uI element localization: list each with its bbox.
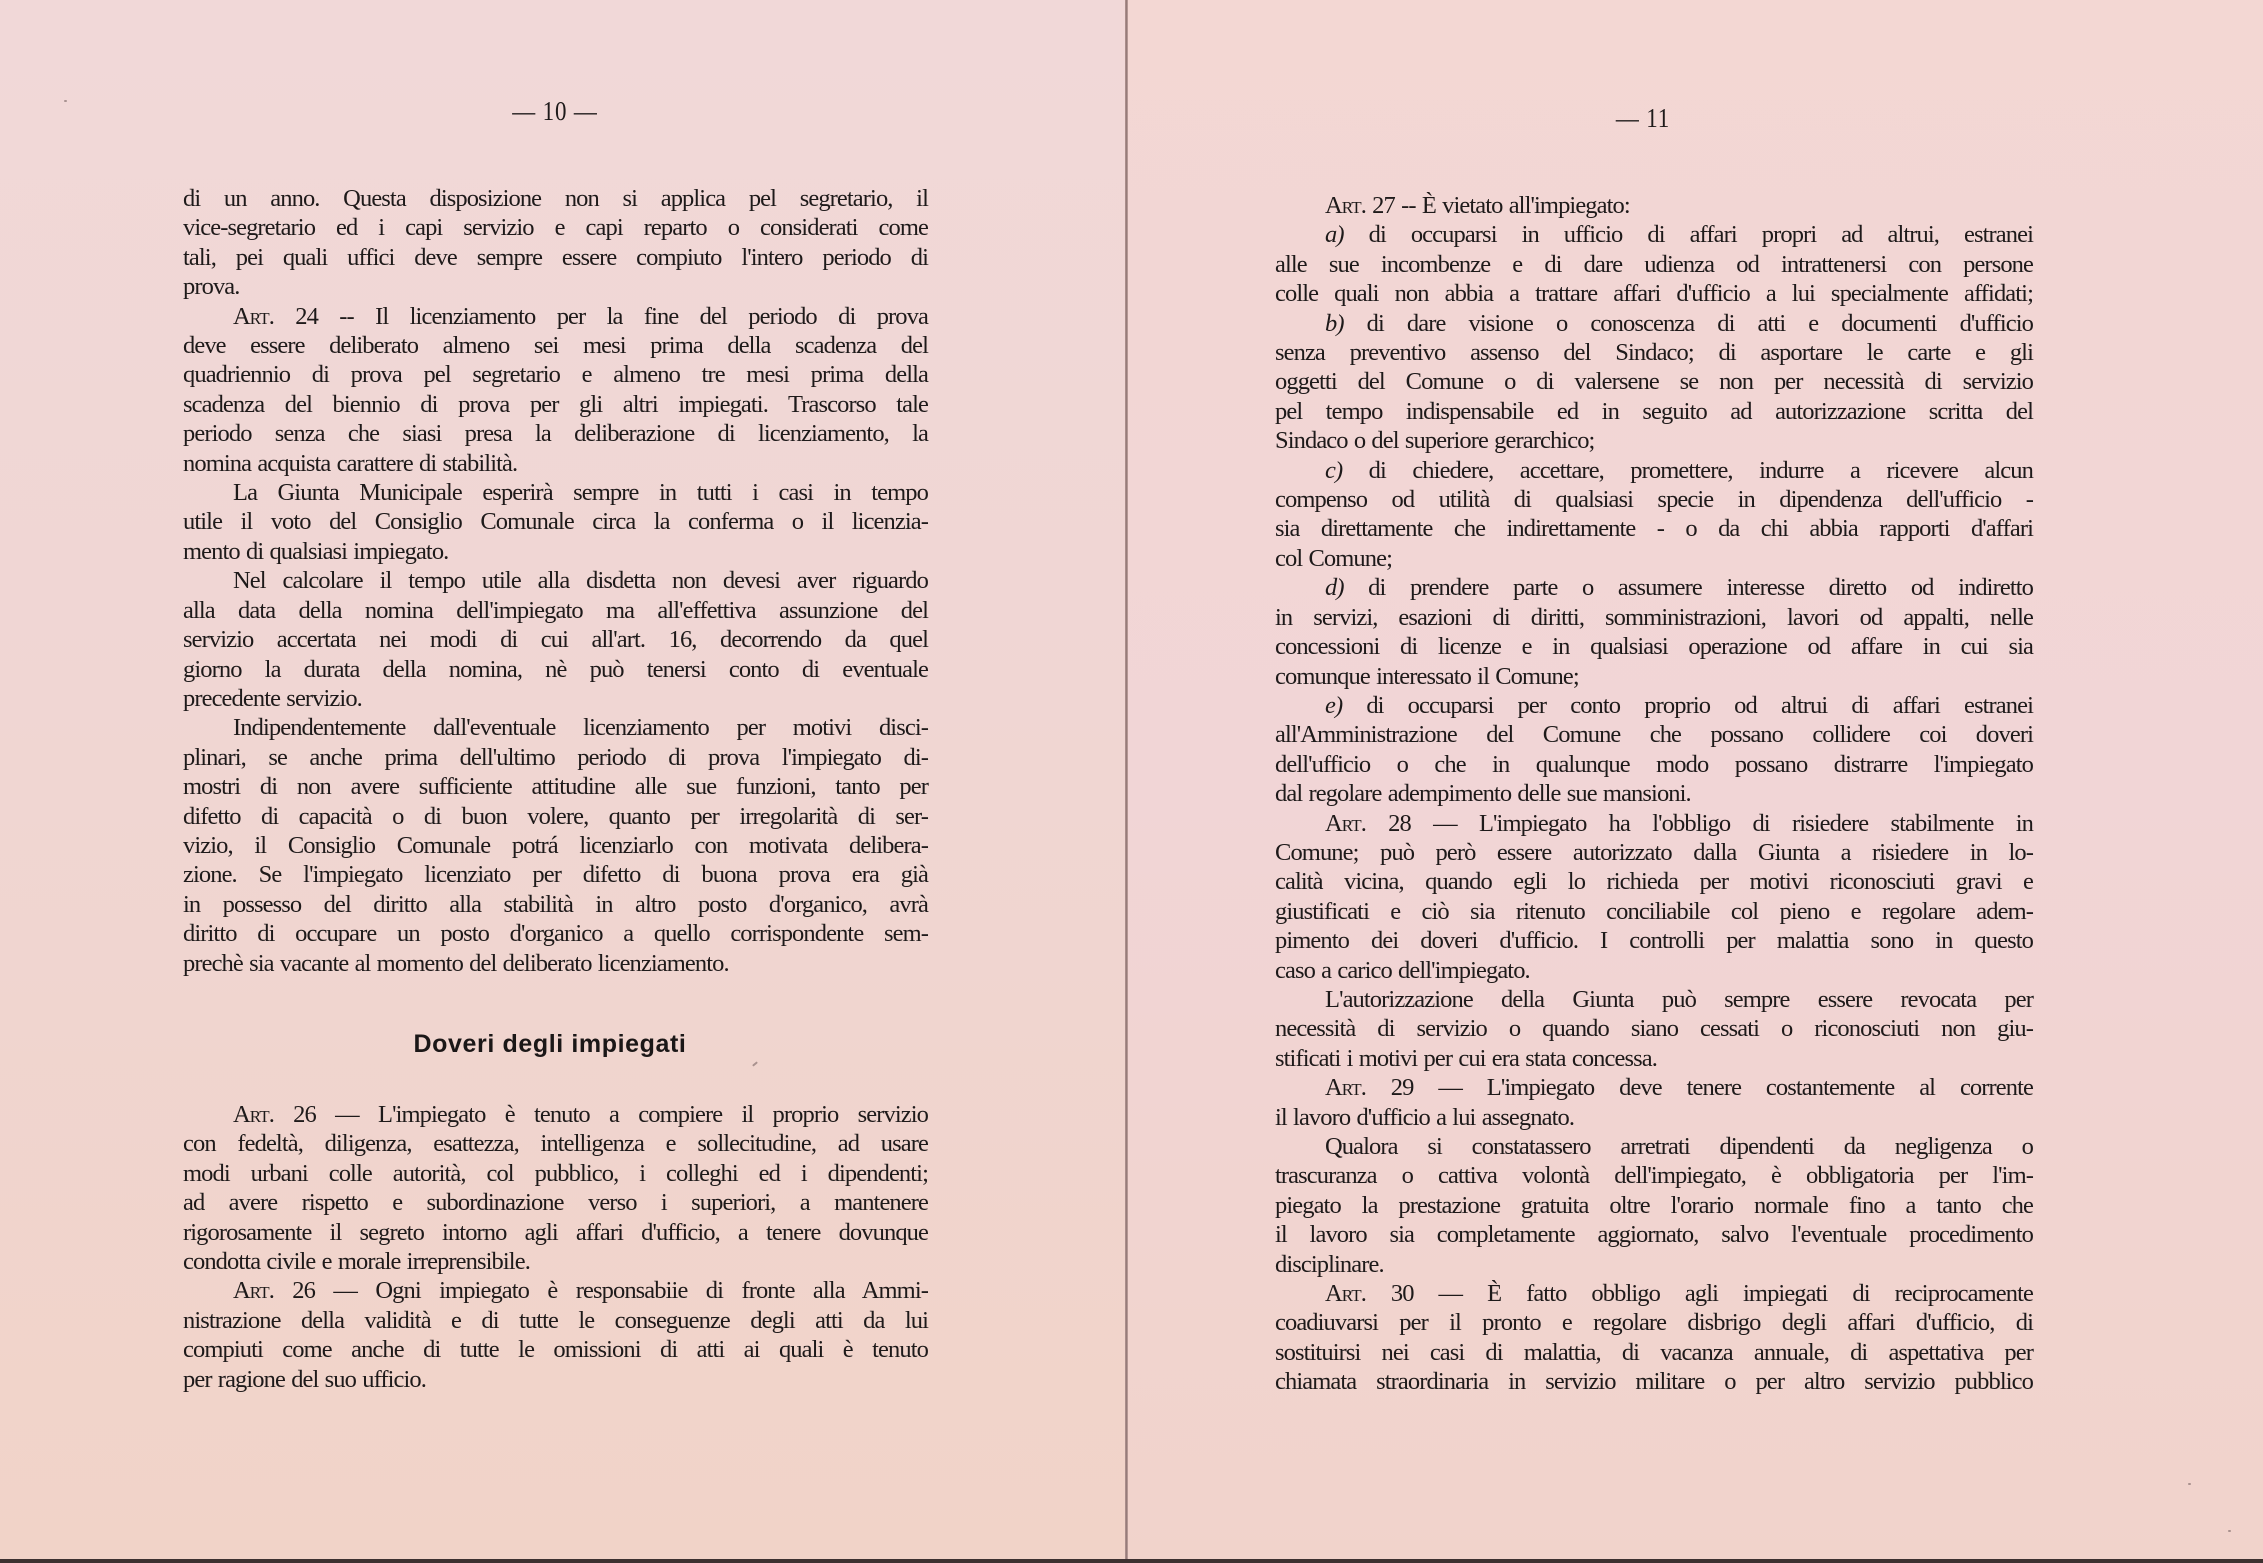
text-line: senza preventivo assenso del Sindaco; di… (1275, 338, 2033, 367)
line-text: alle sue incombenze e di dare udienza od… (1275, 251, 2033, 278)
line-text: chiamata straordinaria in servizio milit… (1275, 1368, 2033, 1395)
text-line: servizio accertata nei modi di cui all'a… (183, 625, 928, 654)
article-label: Art. (1325, 810, 1366, 837)
text-line: coadiuvarsi per il pronto e regolare dis… (1275, 1308, 2033, 1337)
line-text: in servizi, esazioni di diritti, sommini… (1275, 604, 2033, 631)
line-text: disciplinare. (1275, 1251, 1384, 1278)
text-line: d) di prendere parte o assumere interess… (1275, 573, 2033, 602)
page-number: — 10 — (491, 96, 619, 127)
line-text: mostri di non avere sufficiente attitudi… (183, 773, 928, 800)
article-label: Art. (233, 1277, 274, 1304)
line-text: 26 — Ogni impiegato è responsabiie di fr… (274, 1277, 928, 1304)
line-text: nomina acquista carattere di stabilità. (183, 450, 517, 477)
text-line: sia direttamente che indirettamente - o … (1275, 514, 2033, 543)
line-text: di chiedere, accettare, promettere, indu… (1342, 457, 2033, 484)
line-text: colle quali non abbia a trattare affari … (1275, 280, 2033, 307)
text-line: vizio, il Consiglio Comunale potrá licen… (183, 831, 928, 860)
text-line: L'autorizzazione della Giunta può sempre… (1275, 985, 2033, 1014)
text-line: difetto di capacità o di buon volere, qu… (183, 802, 928, 831)
line-text: 29 — L'impiegato deve tenere costantemen… (1366, 1074, 2033, 1101)
text-line: alla data della nomina dell'impiegato ma… (183, 596, 928, 625)
text-line: con fedeltà, diligenza, esattezza, intel… (183, 1129, 928, 1158)
article-label: Art. (1325, 1280, 1366, 1307)
text-line: Qualora si constatassero arretrati dipen… (1275, 1132, 2033, 1161)
text-line: zione. Se l'impiegato licenziato per dif… (183, 860, 928, 889)
line-text: scadenza del biennio di prova per gli al… (183, 391, 928, 418)
line-text: oggetti del Comune o di valersene se non… (1275, 368, 2033, 395)
text-line: precedente servizio. (183, 684, 928, 713)
line-text: all'Amministrazione del Comune che possa… (1275, 721, 2033, 748)
line-text: col Comune; (1275, 545, 1392, 572)
line-text: ad avere rispetto e subordinazione verso… (183, 1189, 928, 1216)
line-text: il lavoro sia completamente aggiornato, … (1275, 1221, 2033, 1248)
text-line: concessioni di licenze e in qualsiasi op… (1275, 632, 2033, 661)
line-text: diritto di occupare un posto d'organico … (183, 920, 928, 947)
text-line: utile il voto del Consiglio Comunale cir… (183, 507, 928, 536)
line-text: pel tempo indispensabile ed in seguito a… (1275, 398, 2033, 425)
text-line: giustificati e ciò sia ritenuto concilia… (1275, 897, 2033, 926)
line-text: zione. Se l'impiegato licenziato per dif… (183, 861, 928, 888)
paper-speck (2228, 1530, 2231, 1532)
section-heading: Doveri degli impiegati (405, 1030, 695, 1059)
text-line: Art. 27 -- È vietato all'impiegato: (1275, 191, 2033, 220)
line-text: periodo senza che siasi presa la deliber… (183, 420, 928, 447)
text-line: Indipendentemente dall'eventuale licenzi… (183, 713, 928, 742)
line-text: giustificati e ciò sia ritenuto concilia… (1275, 898, 2033, 925)
line-text: Indipendentemente dall'eventuale licenzi… (233, 714, 928, 741)
line-text: in possesso del diritto alla stabilità i… (183, 891, 928, 918)
line-text: La Giunta Municipale esperirà sempre in … (233, 479, 928, 506)
line-text: di prendere parte o assumere interesse d… (1344, 574, 2033, 601)
text-line: condotta civile e morale irreprensibile. (183, 1247, 928, 1276)
text-line: modi urbani colle autorità, col pubblico… (183, 1159, 928, 1188)
line-text: vizio, il Consiglio Comunale potrá licen… (183, 832, 928, 859)
line-text: sostituirsi nei casi di malattia, di vac… (1275, 1339, 2033, 1366)
text-line: il lavoro d'ufficio a lui assegnato. (1275, 1103, 2033, 1132)
line-text: plinari, se anche prima dell'ultimo peri… (183, 744, 928, 771)
paper-speck (64, 100, 67, 102)
line-text: 28 — L'impiegato ha l'obbligo di risiede… (1366, 810, 2033, 837)
line-text: compiuti come anche di tutte le omission… (183, 1336, 928, 1363)
text-line: piegato la prestazione gratuita oltre l'… (1275, 1191, 2033, 1220)
text-line: Comune; può però essere autorizzato dall… (1275, 838, 2033, 867)
line-text: precedente servizio. (183, 685, 362, 712)
text-line: oggetti del Comune o di valersene se non… (1275, 367, 2033, 396)
text-line: col Comune; (1275, 544, 2033, 573)
text-line: per ragione del suo ufficio. (183, 1365, 928, 1394)
text-line: calità vicina, quando egli lo richieda p… (1275, 867, 2033, 896)
text-line: tali, pei quali uffici deve sempre esser… (183, 243, 928, 272)
article-label: Art. (233, 303, 274, 330)
text-line: Nel calcolare il tempo utile alla disdet… (183, 566, 928, 595)
text-line: plinari, se anche prima dell'ultimo peri… (183, 743, 928, 772)
book-spread: — 10 — di un anno. Questa disposizione n… (0, 0, 2263, 1563)
text-line: caso a carico dell'impiegato. (1275, 956, 2033, 985)
left-page: — 10 — di un anno. Questa disposizione n… (0, 0, 1126, 1563)
line-text: coadiuvarsi per il pronto e regolare dis… (1275, 1309, 2033, 1336)
line-text: senza preventivo assenso del Sindaco; di… (1275, 339, 2033, 366)
text-line: Art. 28 — L'impiegato ha l'obbligo di ri… (1275, 809, 2033, 838)
body-text-top: di un anno. Questa disposizione non si a… (183, 184, 928, 978)
text-line: c) di chiedere, accettare, promettere, i… (1275, 456, 2033, 485)
line-text: dal regolare adempimento delle sue mansi… (1275, 780, 1691, 807)
text-line: Art. 26 — L'impiegato è tenuto a compier… (183, 1100, 928, 1129)
line-text: condotta civile e morale irreprensibile. (183, 1248, 530, 1275)
line-text: concessioni di licenze e in qualsiasi op… (1275, 633, 2033, 660)
line-text: caso a carico dell'impiegato. (1275, 957, 1530, 984)
line-text: di occuparsi per conto proprio od altrui… (1342, 692, 2033, 719)
item-label: a) (1325, 221, 1344, 248)
line-text: deve essere deliberato almeno sei mesi p… (183, 332, 928, 359)
text-line: pimento dei doveri d'ufficio. I controll… (1275, 926, 2033, 955)
text-line: prechè sia vacante al momento del delibe… (183, 949, 928, 978)
paper-speck (752, 1061, 758, 1066)
line-text: 26 — L'impiegato è tenuto a compiere il … (274, 1101, 928, 1128)
line-text: mento di qualsiasi impiegato. (183, 538, 448, 565)
line-text: per ragione del suo ufficio. (183, 1366, 426, 1393)
line-text: 27 -- È vietato all'impiegato: (1366, 192, 1630, 219)
text-line: compenso od utilità di qualsiasi specie … (1275, 485, 2033, 514)
article-label: Art. (1325, 192, 1366, 219)
text-line: prova. (183, 272, 928, 301)
line-text: sia direttamente che indirettamente - o … (1275, 515, 2033, 542)
line-text: prova. (183, 273, 240, 300)
line-text: rigorosamente il segreto intorno agli af… (183, 1219, 928, 1246)
line-text: di occuparsi in ufficio di affari propri… (1344, 221, 2033, 248)
line-text: prechè sia vacante al momento del delibe… (183, 950, 729, 977)
text-line: Art. 30 — È fatto obbligo agli impiegati… (1275, 1279, 2033, 1308)
text-line: ad avere rispetto e subordinazione verso… (183, 1188, 928, 1217)
text-line: in possesso del diritto alla stabilità i… (183, 890, 928, 919)
right-page: — 11 Art. 27 -- È vietato all'impiegato:… (1128, 0, 2263, 1563)
line-text: compenso od utilità di qualsiasi specie … (1275, 486, 2033, 513)
text-line: nistrazione della validità e di tutte le… (183, 1306, 928, 1335)
line-text: 30 — È fatto obbligo agli impiegati di r… (1366, 1280, 2033, 1307)
item-label: b) (1325, 310, 1344, 337)
text-line: diritto di occupare un posto d'organico … (183, 919, 928, 948)
item-label: e) (1325, 692, 1342, 719)
text-line: a) di occuparsi in ufficio di affari pro… (1275, 220, 2033, 249)
line-text: L'autorizzazione della Giunta può sempre… (1325, 986, 2033, 1013)
line-text: dell'ufficio o che in qualunque modo pos… (1275, 751, 2033, 778)
text-line: il lavoro sia completamente aggiornato, … (1275, 1220, 2033, 1249)
text-line: Art. 29 — L'impiegato deve tenere costan… (1275, 1073, 2033, 1102)
text-line: stificati i motivi per cui era stata con… (1275, 1044, 2033, 1073)
text-line: mostri di non avere sufficiente attitudi… (183, 772, 928, 801)
line-text: 24 -- Il licenziamento per la fine del p… (274, 303, 928, 330)
paper-speck (2188, 1483, 2191, 1485)
page-bottom-edge (0, 1559, 2263, 1563)
text-line: Art. 26 — Ogni impiegato è responsabiie … (183, 1276, 928, 1305)
line-text: alla data della nomina dell'impiegato ma… (183, 597, 928, 624)
line-text: stificati i motivi per cui era stata con… (1275, 1045, 1657, 1072)
line-text: difetto di capacità o di buon volere, qu… (183, 803, 928, 830)
text-line: disciplinare. (1275, 1250, 2033, 1279)
text-line: dal regolare adempimento delle sue mansi… (1275, 779, 2033, 808)
article-label: Art. (233, 1101, 274, 1128)
line-text: il lavoro d'ufficio a lui assegnato. (1275, 1104, 1574, 1131)
text-line: colle quali non abbia a trattare affari … (1275, 279, 2033, 308)
text-line: sostituirsi nei casi di malattia, di vac… (1275, 1338, 2033, 1367)
line-text: comunque interessato il Comune; (1275, 663, 1579, 690)
text-line: periodo senza che siasi presa la deliber… (183, 419, 928, 448)
article-label: Art. (1325, 1074, 1366, 1101)
line-text: trascuranza o cattiva volontà dell'impie… (1275, 1162, 2033, 1189)
text-line: necessità di servizio o quando siano ces… (1275, 1014, 2033, 1043)
line-text: calità vicina, quando egli lo richieda p… (1275, 868, 2033, 895)
text-line: deve essere deliberato almeno sei mesi p… (183, 331, 928, 360)
item-label: c) (1325, 457, 1342, 484)
item-label: d) (1325, 574, 1344, 601)
text-line: vice-segretario ed i capi servizio e cap… (183, 213, 928, 242)
text-line: Art. 24 -- Il licenziamento per la fine … (183, 302, 928, 331)
line-text: di un anno. Questa disposizione non si a… (183, 185, 928, 212)
text-line: mento di qualsiasi impiegato. (183, 537, 928, 566)
text-line: compiuti come anche di tutte le omission… (183, 1335, 928, 1364)
line-text: Nel calcolare il tempo utile alla disdet… (233, 567, 928, 594)
text-line: dell'ufficio o che in qualunque modo pos… (1275, 750, 2033, 779)
text-line: La Giunta Municipale esperirà sempre in … (183, 478, 928, 507)
line-text: con fedeltà, diligenza, esattezza, intel… (183, 1130, 928, 1157)
text-line: trascuranza o cattiva volontà dell'impie… (1275, 1161, 2033, 1190)
text-line: e) di occuparsi per conto proprio od alt… (1275, 691, 2033, 720)
text-line: rigorosamente il segreto intorno agli af… (183, 1218, 928, 1247)
line-text: di dare visione o conoscenza di atti e d… (1344, 310, 2033, 337)
line-text: Comune; può però essere autorizzato dall… (1275, 839, 2033, 866)
line-text: tali, pei quali uffici deve sempre esser… (183, 244, 928, 271)
text-line: Sindaco o del superiore gerarchico; (1275, 426, 2033, 455)
line-text: servizio accertata nei modi di cui all'a… (183, 626, 928, 653)
text-line: chiamata straordinaria in servizio milit… (1275, 1367, 2033, 1396)
line-text: utile il voto del Consiglio Comunale cir… (183, 508, 928, 535)
text-line: di un anno. Questa disposizione non si a… (183, 184, 928, 213)
line-text: Sindaco o del superiore gerarchico; (1275, 427, 1594, 454)
line-text: nistrazione della validità e di tutte le… (183, 1307, 928, 1334)
line-text: quadriennio di prova pel segretario e al… (183, 361, 928, 388)
line-text: piegato la prestazione gratuita oltre l'… (1275, 1192, 2033, 1219)
line-text: vice-segretario ed i capi servizio e cap… (183, 214, 928, 241)
body-text: Art. 27 -- È vietato all'impiegato:a) di… (1275, 191, 2033, 1397)
page-number: — 11 (1601, 103, 1686, 134)
text-line: giorno la durata della nomina, nè può te… (183, 655, 928, 684)
text-line: all'Amministrazione del Comune che possa… (1275, 720, 2033, 749)
body-text-bottom: Art. 26 — L'impiegato è tenuto a compier… (183, 1100, 928, 1394)
text-line: quadriennio di prova pel segretario e al… (183, 360, 928, 389)
text-line: scadenza del biennio di prova per gli al… (183, 390, 928, 419)
line-text: pimento dei doveri d'ufficio. I controll… (1275, 927, 2033, 954)
line-text: modi urbani colle autorità, col pubblico… (183, 1160, 928, 1187)
text-line: comunque interessato il Comune; (1275, 662, 2033, 691)
line-text: Qualora si constatassero arretrati dipen… (1325, 1133, 2033, 1160)
text-line: nomina acquista carattere di stabilità. (183, 449, 928, 478)
text-line: alle sue incombenze e di dare udienza od… (1275, 250, 2033, 279)
text-line: in servizi, esazioni di diritti, sommini… (1275, 603, 2033, 632)
line-text: necessità di servizio o quando siano ces… (1275, 1015, 2033, 1042)
line-text: giorno la durata della nomina, nè può te… (183, 656, 928, 683)
text-line: pel tempo indispensabile ed in seguito a… (1275, 397, 2033, 426)
text-line: b) di dare visione o conoscenza di atti … (1275, 309, 2033, 338)
